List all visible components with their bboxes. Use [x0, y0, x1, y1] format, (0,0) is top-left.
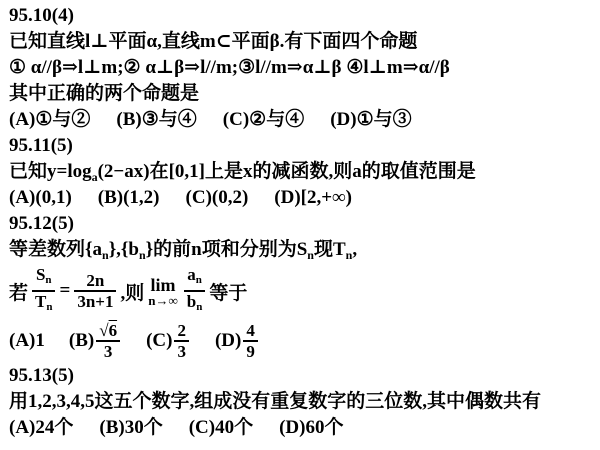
fraction-sn-over-tn: Sn Tn [32, 265, 55, 317]
numerator-base: S [36, 265, 45, 284]
numerator-base: a [187, 265, 196, 284]
option-b: (B)√63 [69, 321, 122, 361]
option-a: (A)①与② [9, 107, 90, 133]
question-stem: 已知y=loga(2−ax)在[0,1]上是x的减函数,则a的取值范围是 [9, 159, 594, 185]
option-d: (D)60个 [279, 415, 343, 441]
radicand: 6 [109, 321, 118, 340]
option-c: (C)23 [146, 321, 191, 361]
question-number: 95.12(5) [9, 211, 594, 237]
stem-text-post: (2−ax)在[0,1]上是x的减函数,则a的取值范围是 [98, 161, 476, 182]
subscript-n: n [45, 274, 51, 286]
option-c: (C)40个 [189, 415, 253, 441]
question-stem: 已知直线l⊥平面α,直线m⊂平面β.有下面四个命题 [9, 29, 594, 55]
limit-operator: lim n→∞ [148, 276, 178, 307]
fraction-denominator: Tn [32, 292, 55, 317]
fraction-numerator: 2 [174, 321, 189, 342]
stem-fragment: 现T [314, 239, 346, 260]
if-word: 若 [9, 278, 28, 305]
fraction-denominator: 3 [101, 342, 116, 361]
stem-text-pre: 已知y=log [9, 161, 92, 182]
formula-line: 若 Sn Tn = 2n 3n+1 ,则 lim n→∞ an bn 等于 [9, 263, 594, 319]
fraction-an-over-bn: an bn [184, 265, 206, 317]
stem-fragment: }的前n项和分别为S [146, 239, 308, 260]
subscript-n: n [196, 301, 202, 313]
options-row: (A)1 (B)√63 (C)23 (D)49 [9, 319, 594, 363]
stem-fragment: },{b [109, 239, 139, 260]
option-d: (D)①与③ [330, 107, 411, 133]
option-label: (B) [69, 330, 94, 352]
question-propositions: ① α//β⇒l⊥m;② α⊥β⇒l//m;③l//m⇒α⊥β ④l⊥m⇒α//… [9, 55, 594, 81]
question-number: 95.13(5) [9, 363, 594, 389]
option-d: (D)[2,+∞) [274, 185, 352, 211]
fraction-4-over-9: 49 [243, 321, 258, 361]
option-b: (B)③与④ [116, 107, 196, 133]
subscript-n: n [46, 301, 52, 313]
subscript-n: n [139, 248, 146, 262]
denominator-base: T [35, 292, 46, 311]
stem-fragment: 等差数列{a [9, 239, 102, 260]
fraction-denominator: bn [184, 292, 206, 317]
option-label: (C) [146, 330, 172, 352]
option-label: (D) [215, 330, 241, 352]
fraction-2n-over-3n1: 2n 3n+1 [74, 271, 116, 311]
fraction-denominator: 9 [243, 342, 258, 361]
fraction-numerator: Sn [32, 265, 55, 292]
option-a: (A)1 [9, 330, 45, 352]
subscript-n: n [196, 274, 202, 286]
options-row: (A)①与② (B)③与④ (C)②与④ (D)①与③ [9, 107, 594, 133]
fraction-numerator: 4 [243, 321, 258, 342]
denominator-base: b [187, 292, 196, 311]
option-d: (D)49 [215, 321, 260, 361]
fraction-2-over-3: 23 [174, 321, 189, 361]
lim-word: lim [150, 276, 175, 294]
option-b: (B)30个 [99, 415, 162, 441]
equals-sign: = [59, 280, 70, 302]
fraction-denominator: 3 [174, 342, 189, 361]
question-95-13: 95.13(5) 用1,2,3,4,5这五个数字,组成没有重复数字的三位数,其中… [9, 363, 594, 441]
fraction-numerator: √6 [96, 321, 120, 342]
option-a: (A)24个 [9, 415, 73, 441]
question-95-12: 95.12(5) 等差数列{an},{bn}的前n项和分别为Sn现Tn, 若 S… [9, 211, 594, 363]
suffix-word: 等于 [209, 278, 247, 305]
option-b: (B)(1,2) [98, 185, 160, 211]
question-stem: 等差数列{an},{bn}的前n项和分别为Sn现Tn, [9, 237, 594, 263]
stem-fragment: , [352, 239, 357, 260]
fraction-sqrt6-over-3: √63 [96, 321, 120, 361]
question-number: 95.10(4) [9, 3, 594, 29]
question-number: 95.11(5) [9, 133, 594, 159]
option-c: (C)②与④ [223, 107, 304, 133]
subscript-n: n [307, 248, 314, 262]
then-word: ,则 [120, 278, 144, 305]
question-stem: 用1,2,3,4,5这五个数字,组成没有重复数字的三位数,其中偶数共有 [9, 389, 594, 415]
question-95-11: 95.11(5) 已知y=loga(2−ax)在[0,1]上是x的减函数,则a的… [9, 133, 594, 211]
options-row: (A)24个 (B)30个 (C)40个 (D)60个 [9, 415, 594, 441]
radical-sign: √ [99, 321, 108, 340]
subscript-n: n [102, 248, 109, 262]
lim-condition: n→∞ [148, 294, 178, 307]
options-row: (A)(0,1) (B)(1,2) (C)(0,2) (D)[2,+∞) [9, 185, 594, 211]
question-prompt: 其中正确的两个命题是 [9, 81, 594, 107]
fraction-numerator: 2n [74, 271, 116, 292]
option-a: (A)(0,1) [9, 185, 72, 211]
exam-page: 95.10(4) 已知直线l⊥平面α,直线m⊂平面β.有下面四个命题 ① α//… [0, 0, 600, 441]
option-c: (C)(0,2) [186, 185, 249, 211]
question-95-10: 95.10(4) 已知直线l⊥平面α,直线m⊂平面β.有下面四个命题 ① α//… [9, 3, 594, 133]
fraction-denominator: 3n+1 [74, 292, 116, 311]
fraction-numerator: an [184, 265, 206, 292]
